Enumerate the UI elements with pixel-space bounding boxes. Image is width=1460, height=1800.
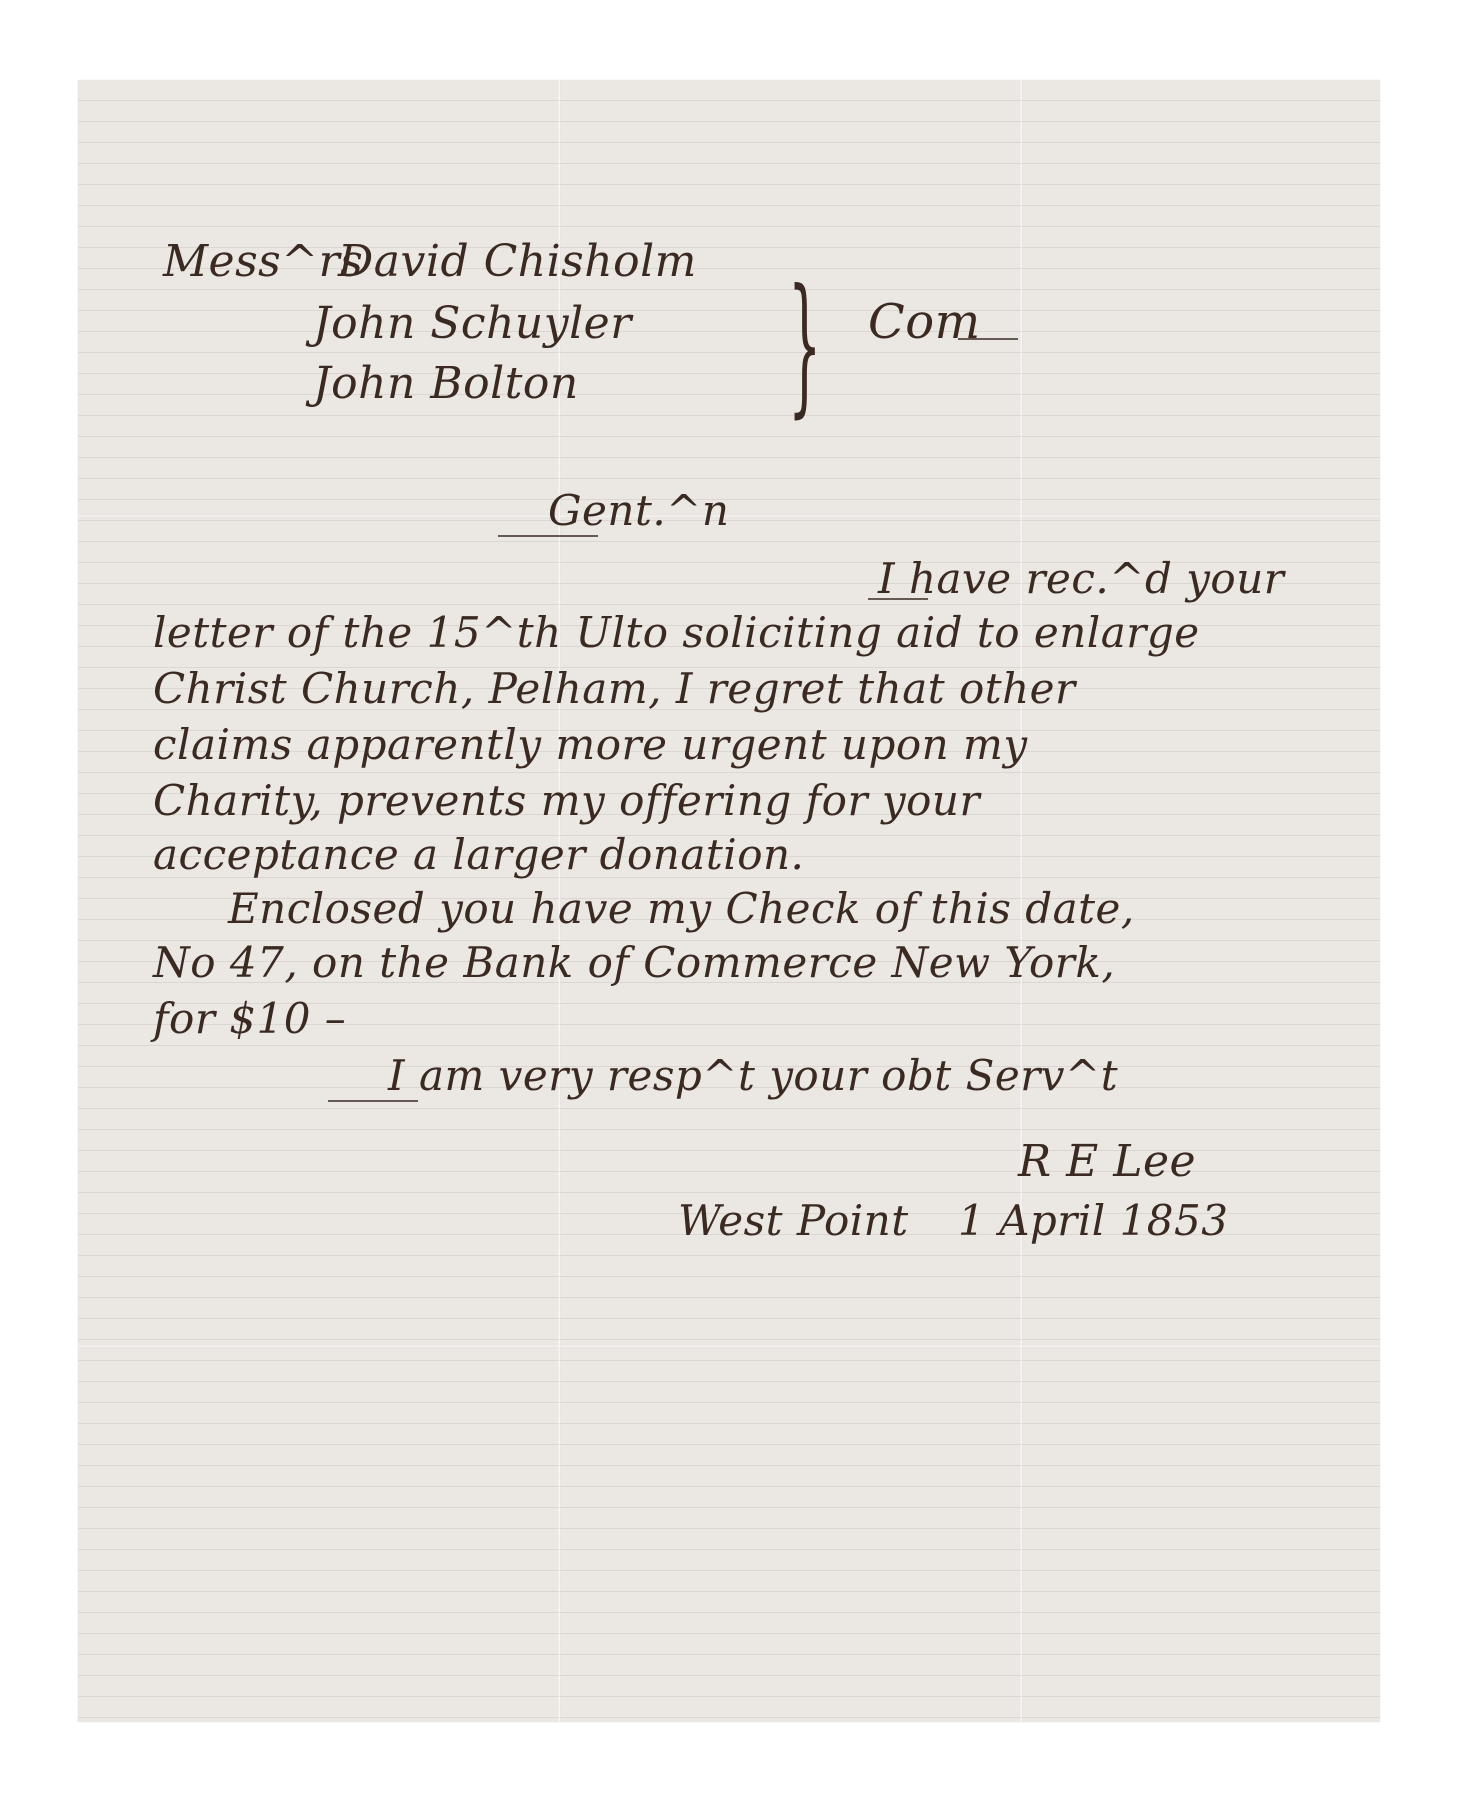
greeting-underline xyxy=(498,535,598,537)
indent-flourish xyxy=(868,598,928,600)
closing: I am very resp^t your obt Serv^t xyxy=(388,1055,1118,1097)
brace-glyph: } xyxy=(788,270,821,420)
salutation-prefix: Mess^rs xyxy=(163,240,363,284)
body-line-3: Christ Church, Pelham, I regret that oth… xyxy=(153,668,1076,710)
body-line-7: Enclosed you have my Check of this date, xyxy=(228,888,1135,930)
signature: R E Lee xyxy=(1018,1140,1196,1184)
closing-flourish xyxy=(328,1100,418,1102)
addressee-name-1: David Chisholm xyxy=(338,240,697,284)
body-line-5: Charity, prevents my offering for your xyxy=(153,780,980,822)
greeting: Gent.^n xyxy=(548,490,729,532)
date: 1 April 1853 xyxy=(958,1200,1228,1242)
body-line-9: for $10 – xyxy=(153,998,346,1040)
letter-paper: Mess^rs David Chisholm John Schuyler Joh… xyxy=(78,80,1380,1722)
body-line-4: claims apparently more urgent upon my xyxy=(153,724,1028,766)
body-line-1: I have rec.^d your xyxy=(878,558,1284,600)
addressee-name-2: John Schuyler xyxy=(313,302,632,346)
place: West Point xyxy=(678,1200,909,1242)
horizontal-fold-bottom xyxy=(78,1345,1380,1348)
committee-flourish xyxy=(958,338,1018,340)
body-line-8: No 47, on the Bank of Commerce New York, xyxy=(153,942,1115,984)
body-line-2: letter of the 15^th Ulto soliciting aid … xyxy=(153,612,1200,654)
addressee-name-3: John Bolton xyxy=(313,362,579,406)
body-line-6: acceptance a larger donation. xyxy=(153,834,804,876)
